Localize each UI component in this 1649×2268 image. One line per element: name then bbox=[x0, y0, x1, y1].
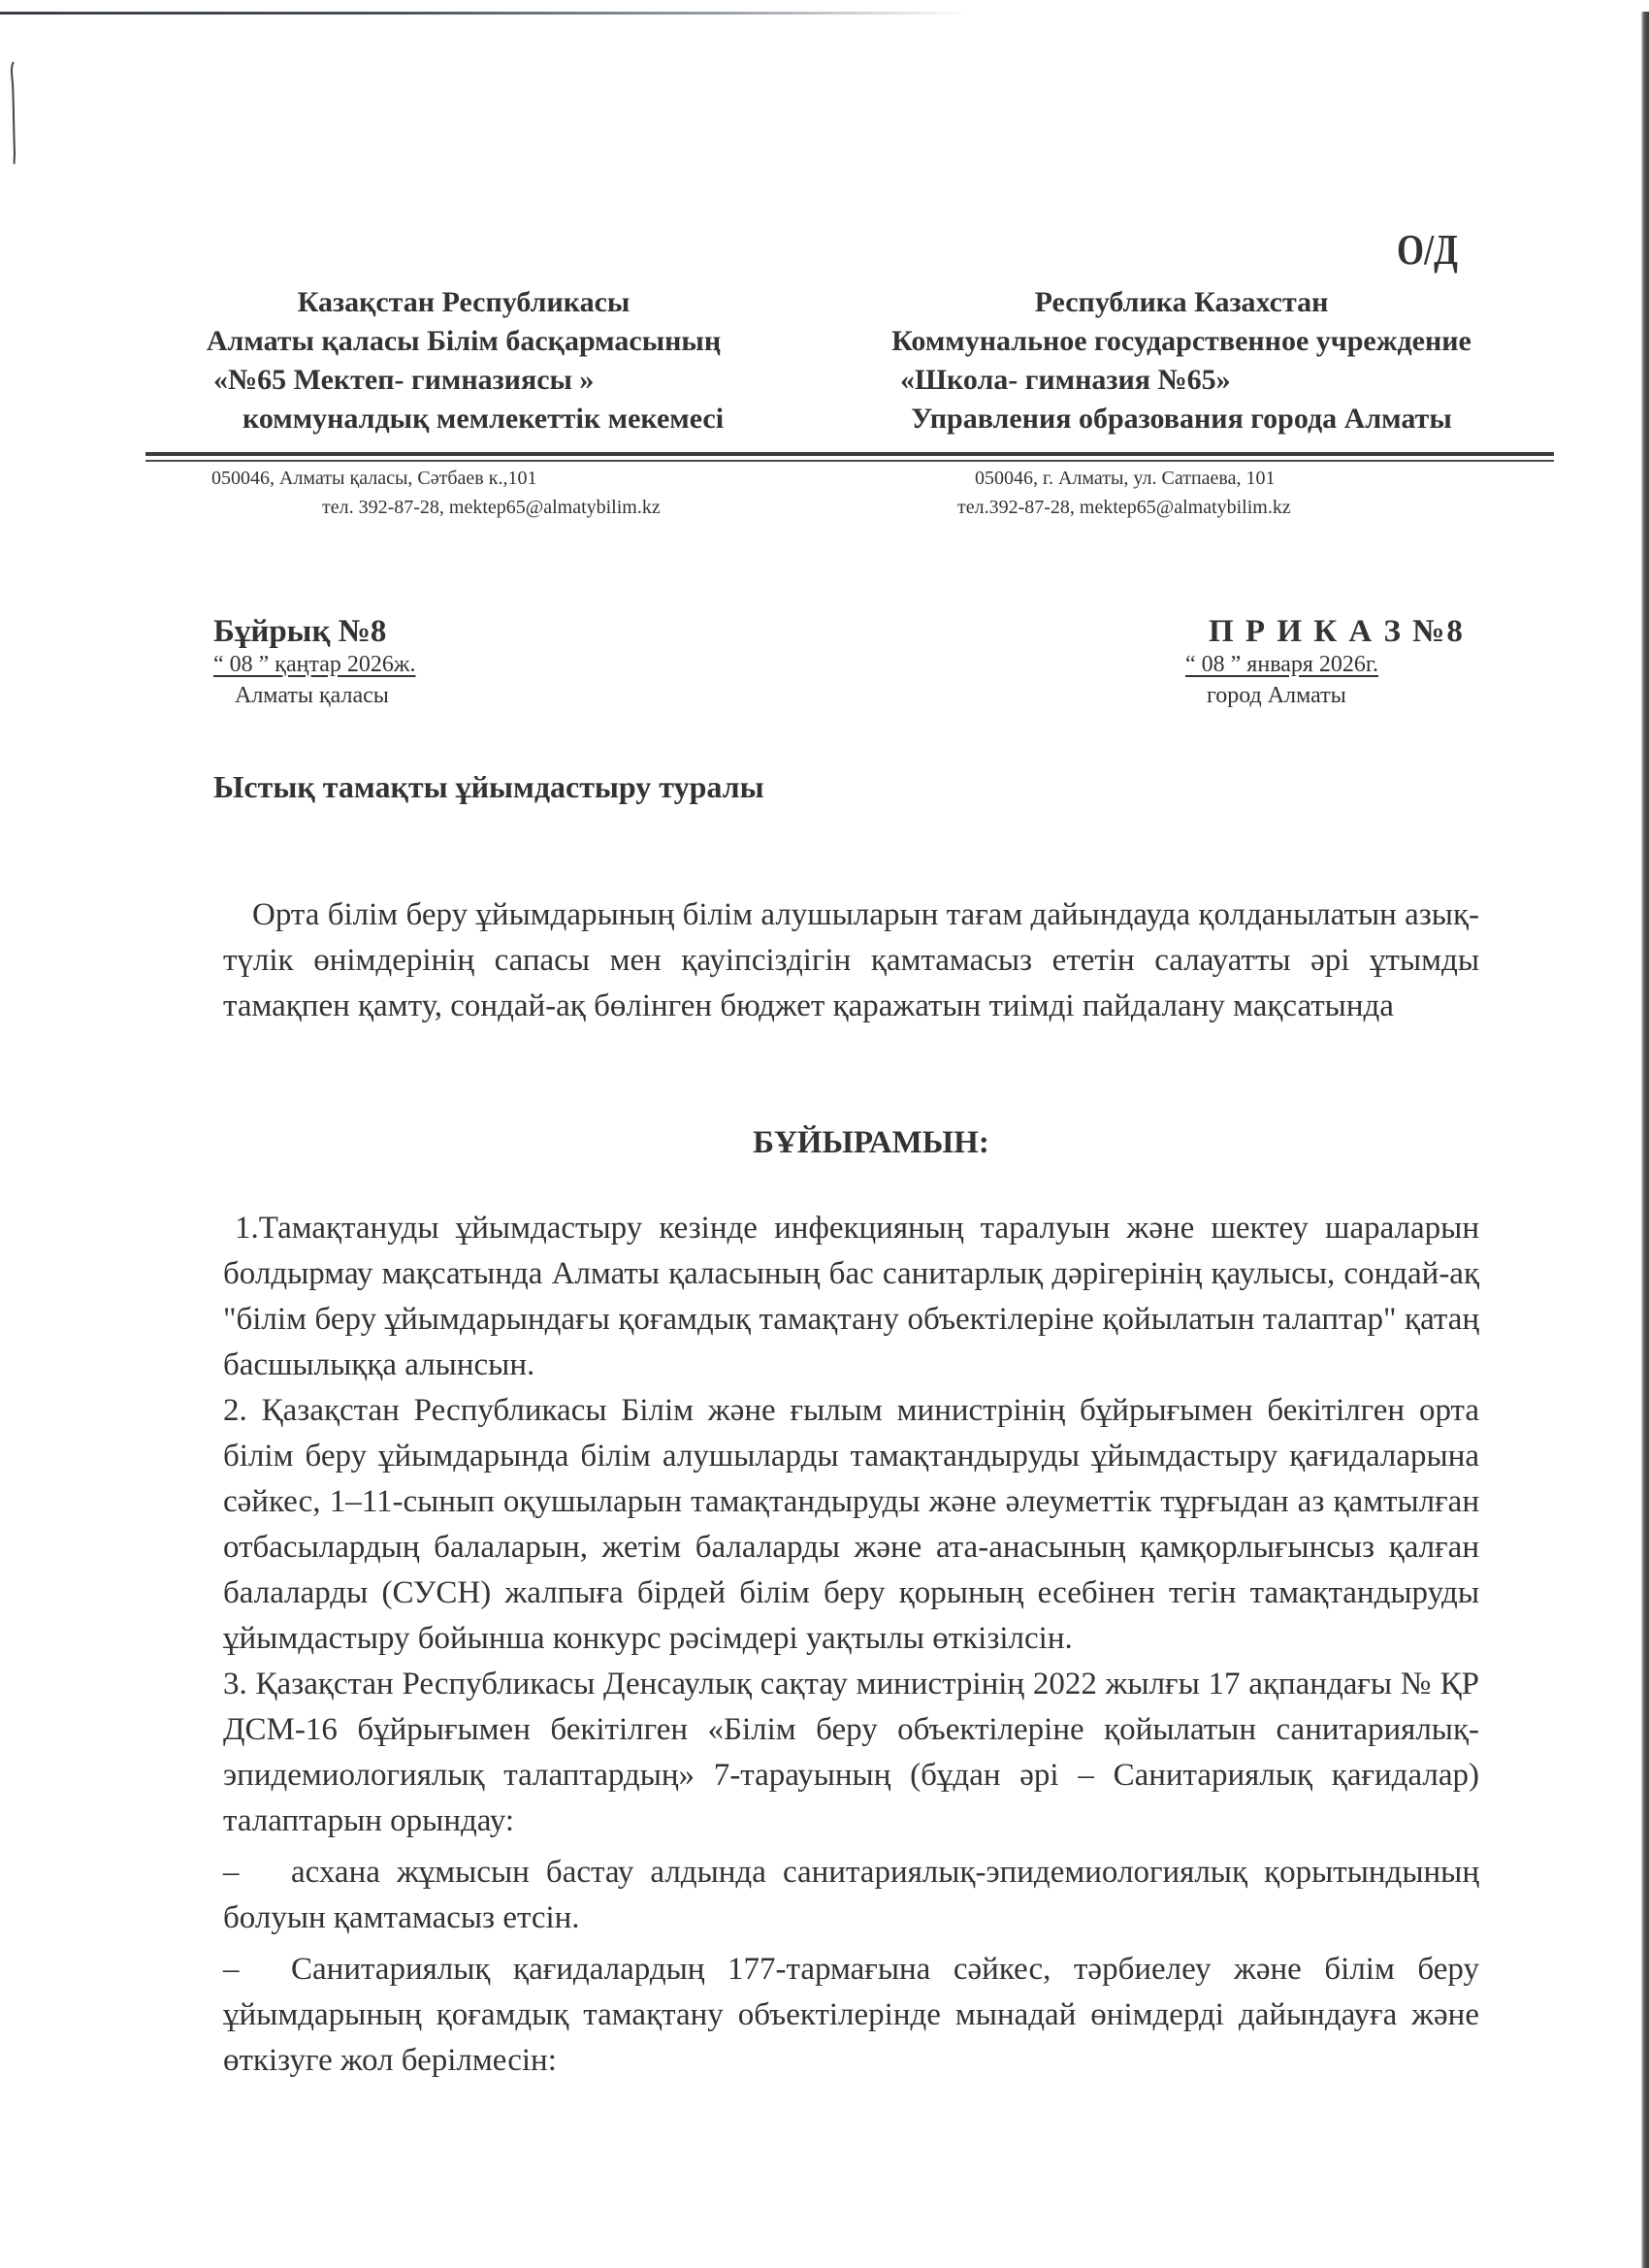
header-kazakh-line-3: «№65 Мектеп- гимназиясы » bbox=[173, 361, 755, 400]
header-russian-line-2: Коммунальное государственное учреждение bbox=[842, 322, 1521, 361]
order-subitem-2-text: Санитариялық қағидалардың 177-тармағына … bbox=[223, 1952, 1479, 2078]
header-kazakh-line-2: Алматы қаласы Білім басқармасының bbox=[173, 322, 755, 361]
header-divider-thick bbox=[145, 452, 1554, 456]
address-kazakh: 050046, Алматы қаласы, Сәтбаев к.,101 те… bbox=[211, 464, 661, 522]
preamble-text: Орта білім беру ұйымдарының білім алушыл… bbox=[223, 892, 1479, 1029]
order-number-kazakh: Бұйрық №8 bbox=[213, 613, 415, 650]
order-item-3: 3. Қазақстан Республикасы Денсаулық сақт… bbox=[223, 1662, 1479, 1844]
od-mark: О/Д bbox=[1397, 225, 1458, 275]
order-number-russian: П Р И К А З №8 bbox=[1185, 613, 1465, 650]
address-kazakh-contacts: тел. 392-87-28, mektep65@almatybilim.kz bbox=[211, 493, 661, 522]
header-kazakh-line-4: коммуналдық мемлекеттік мекемесі bbox=[173, 400, 755, 438]
dash-bullet: – bbox=[223, 1850, 291, 1895]
header-russian: Республика Казахстан Коммунальное госуда… bbox=[842, 283, 1521, 438]
header-russian-line-3: «Школа- гимназия №65» bbox=[842, 361, 1521, 400]
address-russian: 050046, г. Алматы, ул. Сатпаева, 101 тел… bbox=[975, 464, 1291, 522]
handwritten-margin-mark bbox=[6, 60, 19, 165]
order-date-kazakh: “ 08 ” қаңтар 2026ж. bbox=[213, 650, 415, 679]
order-info-kazakh: Бұйрық №8 “ 08 ” қаңтар 2026ж. Алматы қа… bbox=[213, 613, 415, 712]
order-date-russian: “ 08 ” января 2026г. bbox=[1185, 650, 1465, 679]
order-city-kazakh: Алматы қаласы bbox=[213, 679, 415, 712]
scan-edge-top bbox=[0, 12, 970, 15]
address-kazakh-street: 050046, Алматы қаласы, Сәтбаев к.,101 bbox=[211, 464, 661, 493]
header-russian-line-4: Управления образования города Алматы bbox=[842, 400, 1521, 438]
order-item-1: 1.Тамақтануды ұйымдастыру кезінде инфекц… bbox=[223, 1206, 1479, 1388]
header-divider-thin bbox=[145, 460, 1554, 462]
order-subitem-1-text: асхана жұмысын бастау алдында санитариял… bbox=[223, 1855, 1479, 1935]
header-kazakh-line-1: Казақстан Республикасы bbox=[173, 283, 755, 322]
order-subitem-2: –Санитариялық қағидалардың 177-тармағына… bbox=[223, 1947, 1479, 2084]
header-kazakh: Казақстан Республикасы Алматы қаласы Біл… bbox=[173, 283, 755, 438]
dash-bullet: – bbox=[223, 1947, 291, 1993]
document-subject: Ыстық тамақты ұйымдастыру туралы bbox=[213, 769, 764, 805]
order-subitem-1: –асхана жұмысын бастау алдында санитария… bbox=[223, 1850, 1479, 1941]
order-items: 1.Тамақтануды ұйымдастыру кезінде инфекц… bbox=[223, 1206, 1479, 2084]
header-russian-line-1: Республика Казахстан bbox=[842, 283, 1521, 322]
order-item-2: 2. Қазақстан Республикасы Білім және ғыл… bbox=[223, 1388, 1479, 1662]
order-city-russian: город Алматы bbox=[1185, 679, 1465, 712]
order-info-russian: П Р И К А З №8 “ 08 ” января 2026г. горо… bbox=[1185, 613, 1465, 712]
address-russian-contacts: тел.392-87-28, mektep65@almatybilim.kz bbox=[957, 493, 1291, 522]
address-russian-street: 050046, г. Алматы, ул. Сатпаева, 101 bbox=[975, 464, 1291, 493]
preamble: Орта білім беру ұйымдарының білім алушыл… bbox=[223, 892, 1479, 1029]
decree-heading: БҰЙЫРАМЫН: bbox=[0, 1125, 1649, 1161]
